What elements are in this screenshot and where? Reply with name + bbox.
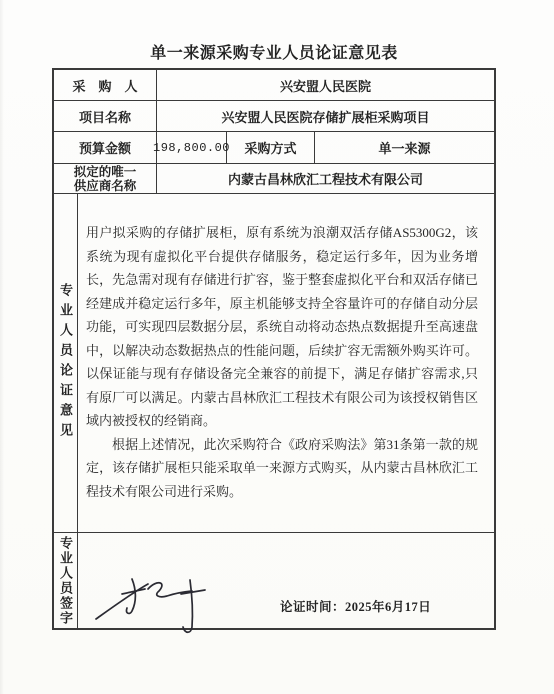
demonstration-time: 论证时间：2025年6月17日 [280, 597, 431, 615]
opinion-content: 用户拟采购的存储扩展柜，原有系统为浪潮双活存储AS5300G2，该系统为现有虚拟… [78, 194, 494, 532]
row-purchaser: 采 购 人 兴安盟人民医院 [54, 70, 494, 101]
project-value: 兴安盟人民医院存储扩展柜采购项目 [157, 101, 494, 131]
supplier-label-line1: 拟定的唯一 [74, 165, 137, 179]
scan-edge-shadow [0, 0, 4, 694]
row-budget: 预算金额 198,800.00 采购方式 单一来源 [54, 132, 494, 164]
budget-amount: 198,800.00 [157, 132, 227, 163]
opinion-label: 专业人员论证意见 [54, 283, 77, 443]
signature-label-cell: 专业人员签字 [54, 533, 78, 628]
purchaser-label: 采 购 人 [54, 70, 157, 100]
purchaser-value: 兴安盟人民医院 [157, 70, 494, 100]
supplier-label: 拟定的唯一 供应商名称 [54, 164, 157, 193]
handwritten-signature-image [94, 577, 214, 639]
method-label: 采购方式 [227, 132, 315, 163]
method-value: 单一来源 [315, 132, 494, 163]
row-signature: 专业人员签字 论证时间：2025年6月17日 [54, 533, 494, 628]
opinion-label-cell: 专业人员论证意见 [54, 194, 78, 532]
row-project: 项目名称 兴安盟人民医院存储扩展柜采购项目 [54, 101, 494, 132]
opinion-form-table: 采 购 人 兴安盟人民医院 项目名称 兴安盟人民医院存储扩展柜采购项目 预算金额… [52, 68, 496, 630]
row-supplier: 拟定的唯一 供应商名称 内蒙古昌林欣汇工程技术有限公司 [54, 164, 494, 194]
opinion-paragraph-1: 用户拟采购的存储扩展柜，原有系统为浪潮双活存储AS5300G2，该系统为现有虚拟… [86, 221, 478, 433]
supplier-value: 内蒙古昌林欣汇工程技术有限公司 [157, 164, 494, 193]
signature-label: 专业人员签字 [54, 536, 77, 626]
signature-area: 论证时间：2025年6月17日 [78, 533, 494, 628]
page-title: 单一来源采购专业人员论证意见表 [52, 40, 496, 63]
supplier-label-line2: 供应商名称 [74, 179, 137, 193]
project-label: 项目名称 [54, 101, 157, 131]
budget-label: 预算金额 [54, 132, 157, 163]
document-page: 单一来源采购专业人员论证意见表 采 购 人 兴安盟人民医院 项目名称 兴安盟人民… [0, 0, 554, 694]
opinion-paragraph-2: 根据上述情况，此次采购符合《政府采购法》第31条第一款的规定，该存储扩展柜只能采… [86, 433, 478, 504]
row-opinion: 专业人员论证意见 用户拟采购的存储扩展柜，原有系统为浪潮双活存储AS5300G2… [54, 194, 494, 533]
